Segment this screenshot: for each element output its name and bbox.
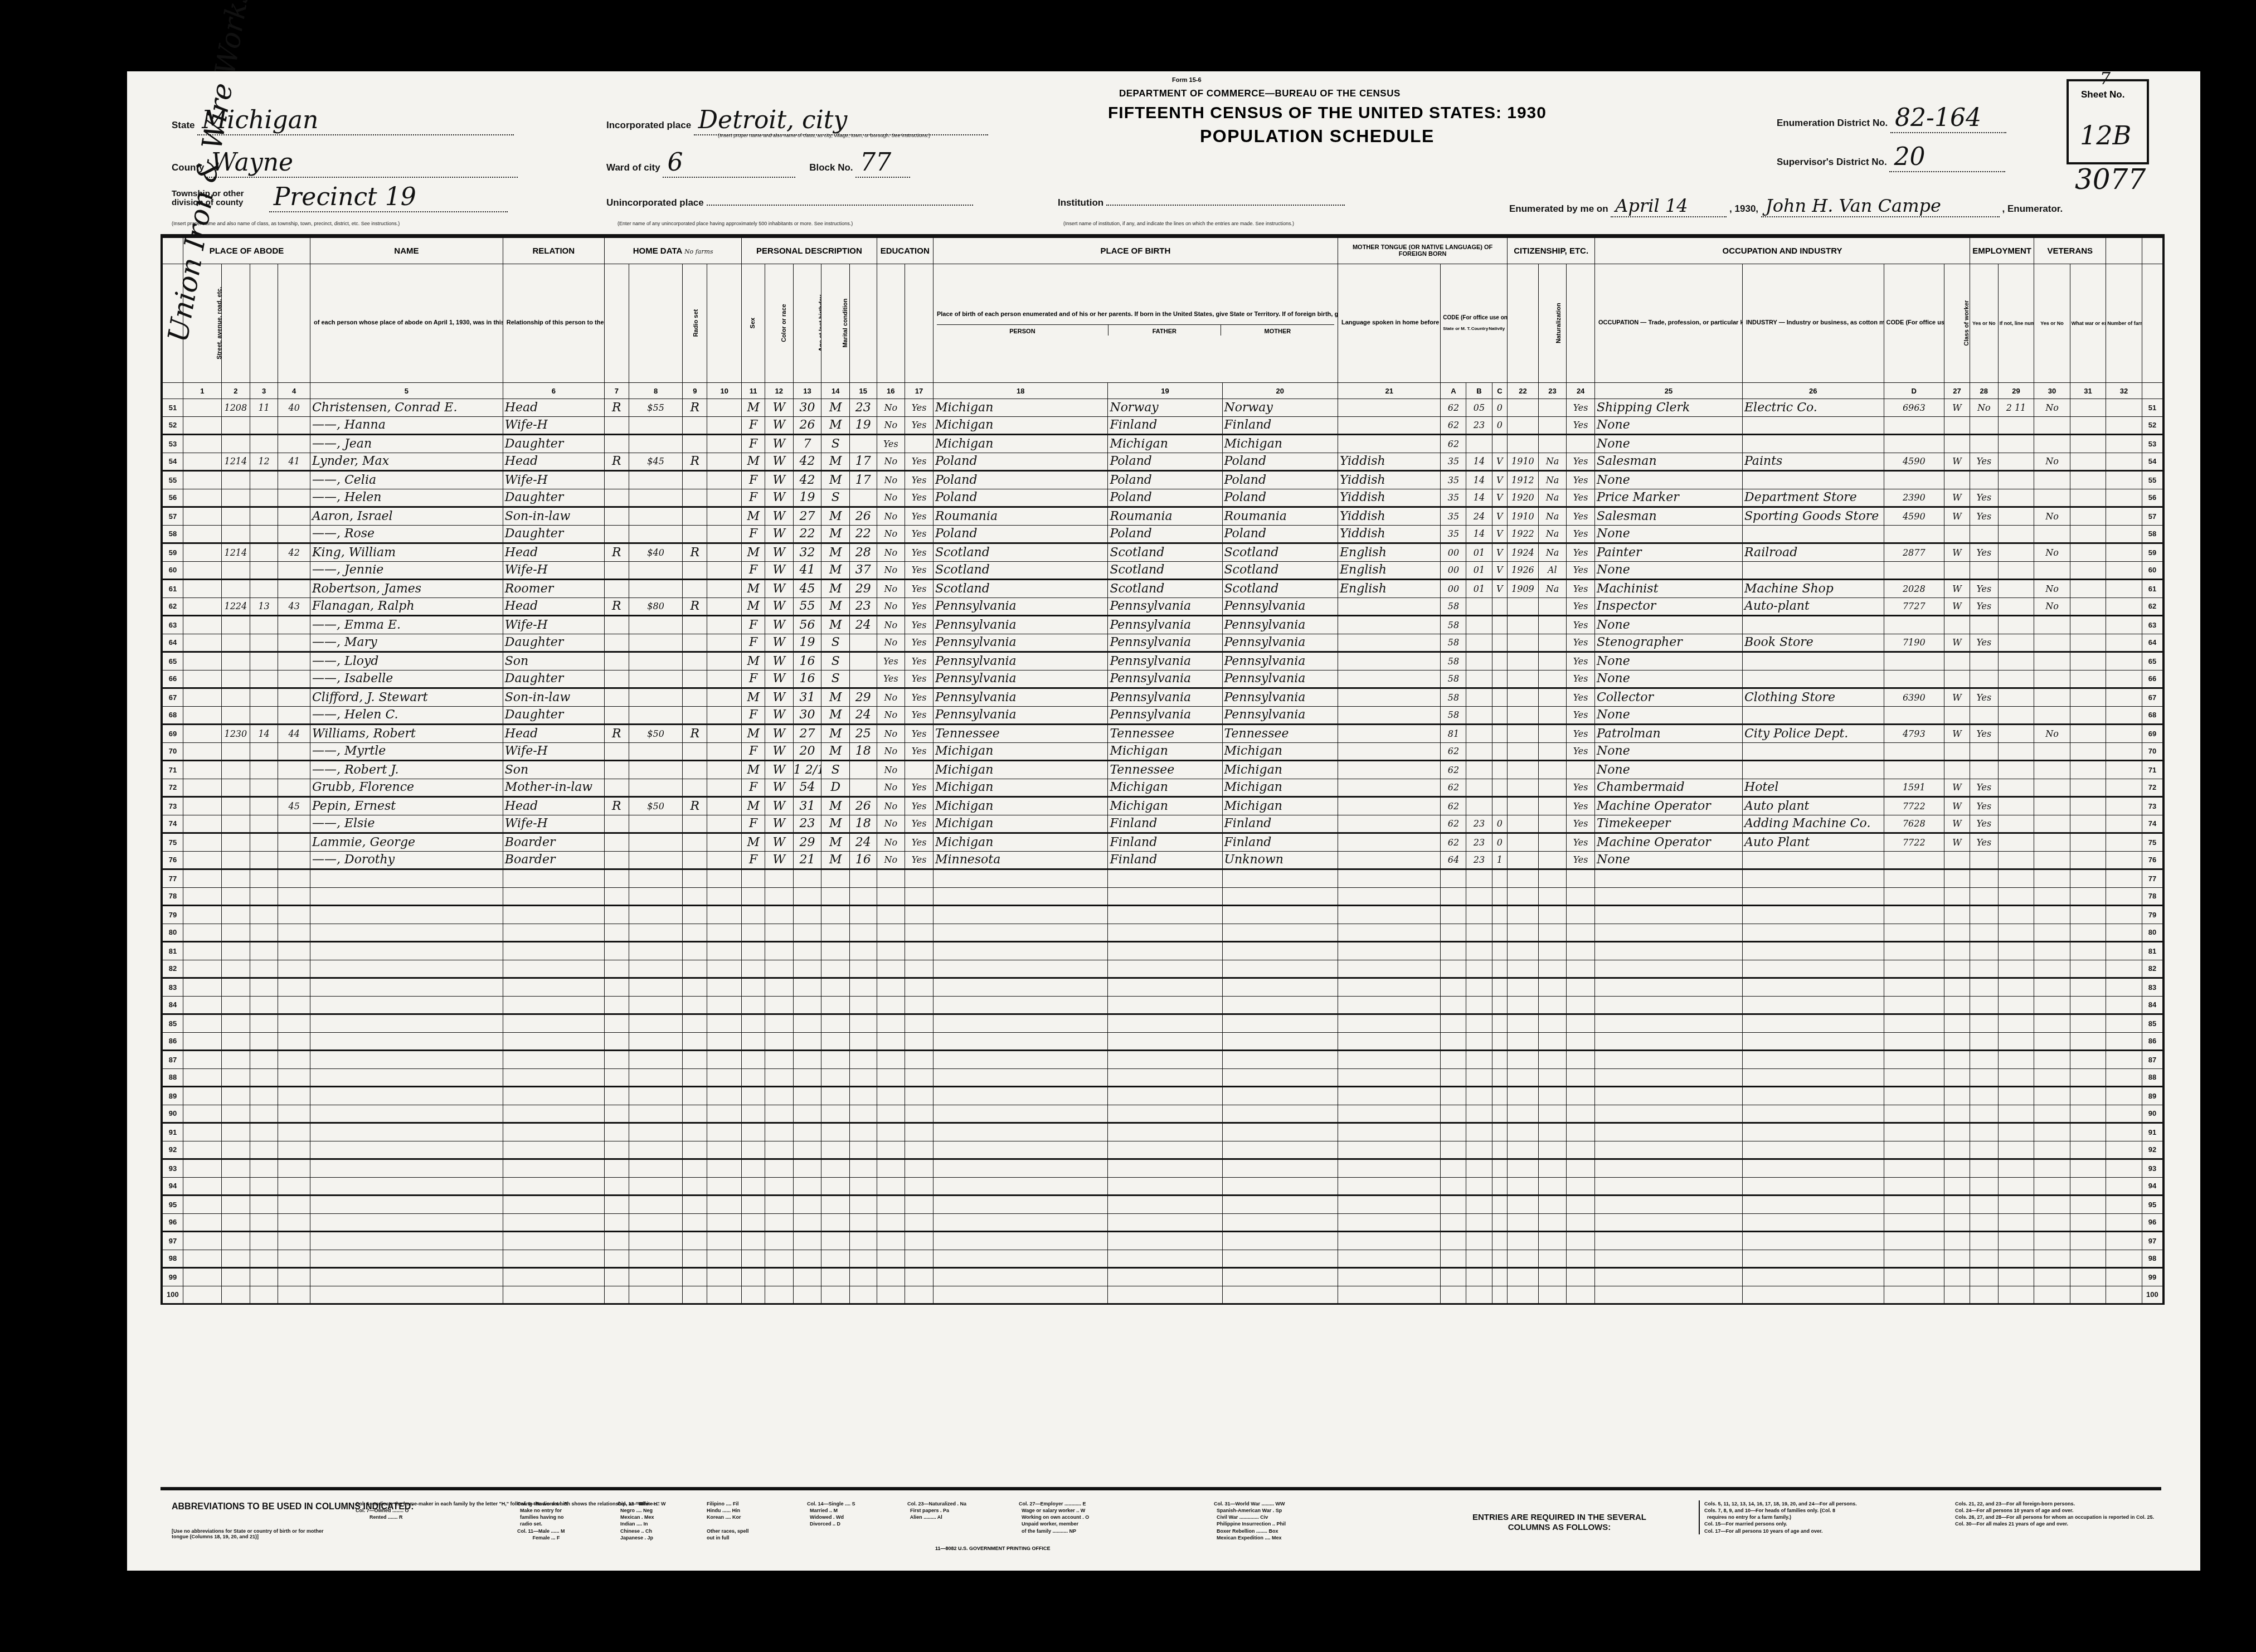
- line-number: 82: [163, 960, 183, 978]
- cell-father: Scotland: [1108, 561, 1222, 580]
- line-number-right: 72: [2142, 779, 2162, 797]
- table-row: 55——, CeliaWife-HFW42M17NoYesPolandPolan…: [163, 471, 2163, 489]
- cell-farm-sched: [2106, 761, 2142, 779]
- cell-code-a: 58: [1441, 670, 1466, 688]
- cell-read: Yes: [905, 688, 933, 707]
- cell-age-marriage: [850, 489, 877, 507]
- cell-code-c: 1: [1492, 851, 1508, 869]
- cell-name: ——, Jennie: [310, 561, 503, 580]
- cell-relation: Daughter: [503, 525, 604, 543]
- cell-naturalization: [1538, 742, 1567, 761]
- cell-vet-war: [2070, 688, 2106, 707]
- cell-birth: Michigan: [933, 416, 1107, 435]
- cell-emp-line: [1998, 561, 2034, 580]
- cell-age: 41: [793, 561, 821, 580]
- column-number: 10: [707, 383, 742, 399]
- cell-marital: S: [821, 435, 850, 453]
- cell-emp-line: [1998, 489, 2034, 507]
- ward-field: Ward of city 6 Block No. 77: [606, 148, 910, 178]
- cell-marital: M: [821, 561, 850, 580]
- cell-emp-yes: [1970, 616, 1999, 634]
- cell-dwelling: [250, 815, 278, 833]
- table-row: 5412141241Lynder, MaxHeadR$45RMW42M17NoY…: [163, 453, 2163, 471]
- line-number-right: 74: [2142, 815, 2162, 833]
- cell-immigration: [1508, 742, 1538, 761]
- column-number: 32: [2106, 383, 2142, 399]
- cell-house: [222, 507, 250, 526]
- line-number: 97: [163, 1232, 183, 1250]
- header-home-data: HOME DATA No farms: [604, 238, 742, 264]
- cell-house: [222, 797, 250, 815]
- cell-relation: Son-in-law: [503, 688, 604, 707]
- cell-mother: Michigan: [1222, 742, 1338, 761]
- table-row: 7345Pepin, ErnestHeadR$50RMW31M26NoYesMi…: [163, 797, 2163, 815]
- supervisor-field: Supervisor's District No. 20: [1777, 143, 2005, 172]
- cell-vet-war: [2070, 779, 2106, 797]
- line-number-right: 57: [2142, 507, 2162, 526]
- cell-immigration: [1508, 634, 1538, 652]
- cell-owned: R: [604, 725, 629, 743]
- cell-code-c: 0: [1492, 815, 1508, 833]
- subheader-occupation: OCCUPATION — Trade, profession, or parti…: [1594, 264, 1742, 383]
- cell-english: Yes: [1567, 453, 1595, 471]
- line-number: 54: [163, 453, 183, 471]
- cell-read: Yes: [905, 597, 933, 616]
- line-number: 68: [163, 706, 183, 725]
- cell-dwelling: 12: [250, 453, 278, 471]
- column-number: 16: [877, 383, 905, 399]
- cell-read: Yes: [905, 670, 933, 688]
- cell-emp-line: [1998, 851, 2034, 869]
- cell-age-marriage: [850, 670, 877, 688]
- cell-color: W: [765, 489, 793, 507]
- cell-language: English: [1338, 561, 1440, 580]
- census-sheet: 7 Form 15-6 DEPARTMENT OF COMMERCE—BUREA…: [127, 71, 2200, 1571]
- cell-naturalization: [1538, 725, 1567, 743]
- cell-marital: M: [821, 742, 850, 761]
- column-number: D: [1884, 383, 1944, 399]
- cell-owned: [604, 815, 629, 833]
- line-number-right: 98: [2142, 1250, 2162, 1268]
- cell-mother: Pennsylvania: [1222, 706, 1338, 725]
- cell-school: No: [877, 507, 905, 526]
- cell-occ-code: 4590: [1884, 507, 1944, 526]
- cell-english: [1567, 761, 1595, 779]
- empty-row: 8181: [163, 942, 2163, 960]
- cell-immigration: 1912: [1508, 471, 1538, 489]
- line-number-right: 62: [2142, 597, 2162, 616]
- cell-class: [1944, 525, 1970, 543]
- abbreviations-note: [Use no abbreviations for State or count…: [172, 1528, 339, 1539]
- cell-language: [1338, 597, 1440, 616]
- cell-radio: [683, 471, 707, 489]
- cell-emp-yes: Yes: [1970, 543, 1999, 562]
- cell-code-c: V: [1492, 489, 1508, 507]
- empty-row: 8282: [163, 960, 2163, 978]
- table-row: 70——, MyrtleWife-HFW20M18NoYesMichiganMi…: [163, 742, 2163, 761]
- cell-code-b: 01: [1466, 580, 1492, 598]
- cell-vet-yes: [2034, 815, 2070, 833]
- cell-farm-sched: [2106, 453, 2142, 471]
- cell-vet-yes: [2034, 706, 2070, 725]
- cell-age: 1 2/12: [793, 761, 821, 779]
- column-number: 2: [222, 383, 250, 399]
- cell-vet-war: [2070, 797, 2106, 815]
- cell-class: W: [1944, 453, 1970, 471]
- cell-relation: Boarder: [503, 833, 604, 852]
- header-personal: PERSONAL DESCRIPTION: [742, 238, 877, 264]
- cell-occupation: Machine Operator: [1594, 833, 1742, 852]
- line-number-right: 81: [2142, 942, 2162, 960]
- cell-class: W: [1944, 580, 1970, 598]
- cell-relation: Head: [503, 399, 604, 417]
- cell-industry: Electric Co.: [1743, 399, 1884, 417]
- cell-vet-war: [2070, 761, 2106, 779]
- cell-occ-code: 1591: [1884, 779, 1944, 797]
- cell-farm-sched: [2106, 489, 2142, 507]
- cell-read: Yes: [905, 543, 933, 562]
- cell-mother: Pennsylvania: [1222, 652, 1338, 670]
- cell-english: Yes: [1567, 616, 1595, 634]
- cell-sex: M: [742, 761, 765, 779]
- cell-immigration: [1508, 688, 1538, 707]
- cell-marital: S: [821, 489, 850, 507]
- line-number: 56: [163, 489, 183, 507]
- column-number: 24: [1567, 383, 1595, 399]
- cell-value: [629, 706, 683, 725]
- cell-immigration: [1508, 797, 1538, 815]
- column-number: 28: [1970, 383, 1999, 399]
- cell-mother: Pennsylvania: [1222, 597, 1338, 616]
- cell-farm-sched: [2106, 616, 2142, 634]
- cell-value: [629, 688, 683, 707]
- cell-color: W: [765, 815, 793, 833]
- column-number: 19: [1108, 383, 1222, 399]
- cell-value: $50: [629, 725, 683, 743]
- cell-emp-line: 2 11: [1998, 399, 2034, 417]
- cell-name: ——, Dorothy: [310, 851, 503, 869]
- cell-age-marriage: 19: [850, 416, 877, 435]
- subheader-school: Attended school or college any time sinc…: [877, 264, 905, 383]
- line-number: 70: [163, 742, 183, 761]
- cell-class: W: [1944, 507, 1970, 526]
- cell-code-a: 58: [1441, 634, 1466, 652]
- cell-code-c: [1492, 634, 1508, 652]
- cell-emp-line: [1998, 471, 2034, 489]
- subheader-dwelling: Number of dwelling house in order of vis…: [250, 264, 278, 383]
- cell-relation: Head: [503, 797, 604, 815]
- cell-class: [1944, 435, 1970, 453]
- cell-owned: [604, 616, 629, 634]
- header-abode: PLACE OF ABODE: [183, 238, 310, 264]
- subheader-industry: INDUSTRY — Industry or business, as cott…: [1743, 264, 1884, 383]
- cell-house: [222, 688, 250, 707]
- line-number: 96: [163, 1213, 183, 1232]
- cell-value: [629, 435, 683, 453]
- cell-school: No: [877, 815, 905, 833]
- cell-owned: [604, 742, 629, 761]
- cell-read: Yes: [905, 652, 933, 670]
- cell-value: [629, 561, 683, 580]
- cell-code-c: [1492, 435, 1508, 453]
- cell-marital: M: [821, 525, 850, 543]
- cell-owned: R: [604, 597, 629, 616]
- line-number-right: 53: [2142, 435, 2162, 453]
- cell-age: 21: [793, 851, 821, 869]
- cell-naturalization: [1538, 416, 1567, 435]
- cell-occ-code: [1884, 471, 1944, 489]
- cell-age: 19: [793, 634, 821, 652]
- cell-occ-code: [1884, 561, 1944, 580]
- cell-dwelling: [250, 779, 278, 797]
- sheet-number: 12B: [2080, 120, 2131, 150]
- cell-marital: M: [821, 543, 850, 562]
- cell-father: Poland: [1108, 489, 1222, 507]
- cell-emp-line: [1998, 652, 2034, 670]
- cell-age: 32: [793, 543, 821, 562]
- cell-code-b: [1466, 652, 1492, 670]
- cell-language: [1338, 435, 1440, 453]
- cell-relation: Wife-H: [503, 416, 604, 435]
- line-header-spacer-right: [2142, 238, 2162, 264]
- cell-farm-sched: [2106, 742, 2142, 761]
- cell-dwelling: [250, 761, 278, 779]
- cell-school: Yes: [877, 435, 905, 453]
- county-value: Wayne: [207, 148, 518, 178]
- cell-name: Lynder, Max: [310, 453, 503, 471]
- cell-age-marriage: [850, 652, 877, 670]
- cell-marital: S: [821, 652, 850, 670]
- cell-english: Yes: [1567, 489, 1595, 507]
- cell-vet-yes: No: [2034, 399, 2070, 417]
- column-number: 14: [821, 383, 850, 399]
- cell-house: [222, 416, 250, 435]
- cell-birth: Pennsylvania: [933, 670, 1107, 688]
- cell-radio: [683, 815, 707, 833]
- cell-code-b: [1466, 597, 1492, 616]
- cell-dwelling: [250, 471, 278, 489]
- cell-radio: [683, 580, 707, 598]
- cell-school: No: [877, 742, 905, 761]
- cell-street: [183, 561, 221, 580]
- cell-color: W: [765, 652, 793, 670]
- cell-street: [183, 761, 221, 779]
- cell-radio: [683, 435, 707, 453]
- cell-age: 42: [793, 453, 821, 471]
- cell-immigration: [1508, 851, 1538, 869]
- cell-class: [1944, 652, 1970, 670]
- column-number: 11: [742, 383, 765, 399]
- cell-house: [222, 435, 250, 453]
- cell-name: ——, Jean: [310, 435, 503, 453]
- cell-owned: [604, 489, 629, 507]
- cell-naturalization: [1538, 851, 1567, 869]
- cell-code-b: 23: [1466, 833, 1492, 852]
- cell-farm-sched: [2106, 670, 2142, 688]
- cell-birth: Scotland: [933, 580, 1107, 598]
- cell-farm: [707, 453, 742, 471]
- cell-industry: [1743, 706, 1884, 725]
- cell-marital: M: [821, 580, 850, 598]
- cell-read: Yes: [905, 706, 933, 725]
- cell-sex: F: [742, 851, 765, 869]
- table-row: 58——, RoseDaughterFW22M22NoYesPolandPola…: [163, 525, 2163, 543]
- cell-dwelling: 14: [250, 725, 278, 743]
- cell-street: [183, 597, 221, 616]
- empty-row: 8888: [163, 1068, 2163, 1087]
- cell-radio: [683, 833, 707, 852]
- cell-mother: Pennsylvania: [1222, 688, 1338, 707]
- cell-code-c: 0: [1492, 399, 1508, 417]
- subheader-house: House number (in cities or towns): [222, 264, 250, 383]
- cell-code-c: V: [1492, 507, 1508, 526]
- cell-name: ——, Myrtle: [310, 742, 503, 761]
- cell-color: W: [765, 833, 793, 852]
- cell-emp-yes: Yes: [1970, 634, 1999, 652]
- cell-street: [183, 833, 221, 852]
- empty-row: 7979: [163, 906, 2163, 924]
- cell-code-b: [1466, 742, 1492, 761]
- unincorporated-note: (Enter name of any unincorporated place …: [618, 221, 853, 226]
- cell-occupation: Shipping Clerk: [1594, 399, 1742, 417]
- cell-age-marriage: 24: [850, 616, 877, 634]
- cell-street: [183, 416, 221, 435]
- cell-read: Yes: [905, 471, 933, 489]
- cell-class: W: [1944, 779, 1970, 797]
- cell-vet-war: [2070, 652, 2106, 670]
- cell-dwelling: 13: [250, 597, 278, 616]
- cell-occupation: Salesman: [1594, 453, 1742, 471]
- cell-name: Aaron, Israel: [310, 507, 503, 526]
- cell-color: W: [765, 706, 793, 725]
- cell-read: [905, 435, 933, 453]
- cell-vet-war: [2070, 453, 2106, 471]
- cell-vet-war: [2070, 725, 2106, 743]
- cell-birth: Michigan: [933, 815, 1107, 833]
- line-number-right: 89: [2142, 1087, 2162, 1105]
- cell-occupation: Chambermaid: [1594, 779, 1742, 797]
- cell-street: [183, 742, 221, 761]
- line-number: 52: [163, 416, 183, 435]
- cell-mother: Scotland: [1222, 580, 1338, 598]
- line-number: 78: [163, 887, 183, 906]
- cell-farm-sched: [2106, 507, 2142, 526]
- cell-vet-war: [2070, 507, 2106, 526]
- cell-name: ——, Rose: [310, 525, 503, 543]
- cell-language: [1338, 634, 1440, 652]
- cell-name: Lammie, George: [310, 833, 503, 852]
- cell-english: Yes: [1567, 399, 1595, 417]
- line-number: 79: [163, 906, 183, 924]
- cell-school: No: [877, 580, 905, 598]
- cell-farm-sched: [2106, 706, 2142, 725]
- empty-row: 8383: [163, 978, 2163, 997]
- subheader-naturalization: Naturalization: [1538, 264, 1567, 383]
- line-number: 66: [163, 670, 183, 688]
- subheader-vet-war: What war or expedition?: [2070, 264, 2106, 383]
- cell-sex: M: [742, 833, 765, 852]
- cell-code-c: 0: [1492, 833, 1508, 852]
- cell-vet-yes: No: [2034, 597, 2070, 616]
- cell-family: 43: [278, 597, 310, 616]
- cell-birth: Michigan: [933, 742, 1107, 761]
- table-row: 5112081140Christensen, Conrad E.HeadR$55…: [163, 399, 2163, 417]
- cell-emp-yes: Yes: [1970, 489, 1999, 507]
- cell-age-marriage: 29: [850, 688, 877, 707]
- cell-birth: Scotland: [933, 543, 1107, 562]
- cell-vet-war: [2070, 597, 2106, 616]
- line-number: 67: [163, 688, 183, 707]
- cell-color: W: [765, 616, 793, 634]
- subheader-age-marriage: Age at first marriage: [850, 264, 877, 383]
- cell-house: [222, 779, 250, 797]
- entries-list-1: Cols. 5, 11, 12, 13, 14, 16, 17, 18, 19,…: [1699, 1500, 1857, 1534]
- cell-class: W: [1944, 543, 1970, 562]
- cell-value: [629, 616, 683, 634]
- cell-age-marriage: 18: [850, 815, 877, 833]
- line-number-right: 91: [2142, 1123, 2162, 1141]
- cell-radio: R: [683, 399, 707, 417]
- cell-industry: [1743, 851, 1884, 869]
- cell-industry: Machine Shop: [1743, 580, 1884, 598]
- cell-immigration: [1508, 706, 1538, 725]
- cell-naturalization: Na: [1538, 580, 1567, 598]
- cell-language: [1338, 761, 1440, 779]
- cell-farm: [707, 507, 742, 526]
- column-number: 23: [1538, 383, 1567, 399]
- line-number-right: 93: [2142, 1159, 2162, 1178]
- census-title: FIFTEENTH CENSUS OF THE UNITED STATES: 1…: [1108, 104, 1547, 123]
- line-number: 53: [163, 435, 183, 453]
- cell-relation: Wife-H: [503, 616, 604, 634]
- cell-occ-code: [1884, 761, 1944, 779]
- cell-emp-yes: Yes: [1970, 725, 1999, 743]
- line-number-right: 55: [2142, 471, 2162, 489]
- cell-english: Yes: [1567, 670, 1595, 688]
- cell-code-a: 58: [1441, 652, 1466, 670]
- cell-vet-yes: [2034, 489, 2070, 507]
- cell-street: [183, 725, 221, 743]
- column-number: B: [1466, 383, 1492, 399]
- cell-industry: City Police Dept.: [1743, 725, 1884, 743]
- cell-industry: [1743, 435, 1884, 453]
- cell-color: W: [765, 634, 793, 652]
- cell-class: W: [1944, 797, 1970, 815]
- township-value: Precinct 19: [269, 183, 508, 212]
- cell-code-b: 05: [1466, 399, 1492, 417]
- table-row: 75Lammie, GeorgeBoarderMW29M24NoYesMichi…: [163, 833, 2163, 852]
- cell-immigration: [1508, 399, 1538, 417]
- cell-house: [222, 851, 250, 869]
- cell-father: Pennsylvania: [1108, 652, 1222, 670]
- line-number-right: 95: [2142, 1196, 2162, 1214]
- cell-code-c: [1492, 688, 1508, 707]
- cell-school: No: [877, 561, 905, 580]
- cell-value: [629, 779, 683, 797]
- cell-read: Yes: [905, 725, 933, 743]
- cell-marital: S: [821, 761, 850, 779]
- cell-family: 41: [278, 453, 310, 471]
- cell-mother: Roumania: [1222, 507, 1338, 526]
- cell-father: Poland: [1108, 471, 1222, 489]
- cell-owned: [604, 561, 629, 580]
- cell-industry: Clothing Store: [1743, 688, 1884, 707]
- line-number-right: 60: [2142, 561, 2162, 580]
- line-number: 88: [163, 1068, 183, 1087]
- cell-read: Yes: [905, 742, 933, 761]
- cell-value: $40: [629, 543, 683, 562]
- cell-marital: M: [821, 725, 850, 743]
